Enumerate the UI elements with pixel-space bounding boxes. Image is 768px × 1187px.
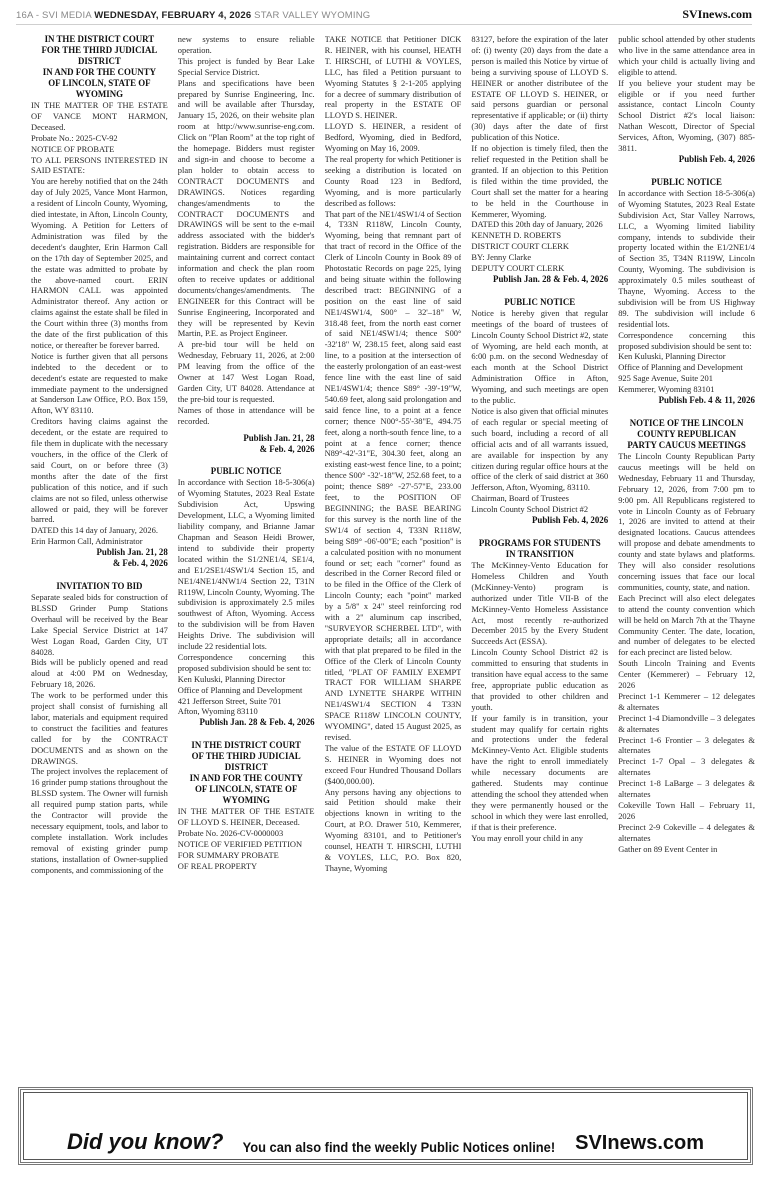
paragraph: BY: Jenny Clarke (471, 252, 608, 263)
paragraph: The work to be performed under this proj… (31, 690, 168, 766)
issue-date: WEDNESDAY, FEBRUARY 4, 2026 (94, 10, 251, 21)
notice-heading: IN THE DISTRICT COURTFOR THE THIRD JUDIC… (31, 34, 168, 100)
paragraph: If your family is in transition, your st… (471, 713, 608, 833)
paragraph: Ken Kuluski, Planning Director (178, 674, 315, 685)
paragraph: If no objection is timely filed, then th… (471, 143, 608, 219)
paragraph: OF REAL PROPERTY (178, 861, 315, 872)
paragraph: South Lincoln Training and Events Center… (618, 658, 755, 691)
notice-heading: PUBLIC NOTICE (618, 177, 755, 188)
paragraph: That part of the NE1/4SW1/4 of Section 4… (325, 209, 462, 743)
publish-dates: Publish Jan. 21, 28& Feb. 4, 2026 (178, 433, 315, 455)
paragraph: Any persons having any objections to sai… (325, 787, 462, 874)
paragraph: Precinct 1-1 Kemmerer – 12 delegates & a… (618, 691, 755, 713)
section-name: SVI MEDIA (42, 10, 91, 21)
paragraph: If you believe your student may be eligi… (618, 78, 755, 154)
paragraph: new systems to ensure reliable operation… (178, 34, 315, 56)
paragraph: The McKinney-Vento Education for Homeles… (471, 560, 608, 647)
paragraph: Lincoln County School District #2 is com… (471, 647, 608, 712)
paragraph: Probate No.: 2025-CV-92 (31, 133, 168, 144)
paragraph: The project involves the replacement of … (31, 766, 168, 875)
publish-dates: Publish Feb. 4, 2026 (618, 154, 755, 165)
notice-columns: IN THE DISTRICT COURTFOR THE THIRD JUDIC… (31, 34, 755, 988)
paragraph: The Lincoln County Republican Party cauc… (618, 451, 755, 593)
paragraph: Notice is also given that official minut… (471, 406, 608, 493)
column-4: 83127, before the expiration of the late… (471, 34, 608, 988)
paragraph: Correspondence concerning this proposed … (178, 652, 315, 674)
paragraph: Lincoln County School District #2 (471, 504, 608, 515)
paragraph: IN THE MATTER OF THE ESTATE OF LLOYD S. … (178, 806, 315, 828)
masthead-info: 16A - SVI MEDIA WEDNESDAY, FEBRUARY 4, 2… (16, 10, 370, 24)
region-name: STAR VALLEY WYOMING (254, 10, 370, 21)
paragraph: You are hereby notified that on the 24th… (31, 176, 168, 351)
paragraph: Cokeville Town Hall – February 11, 2026 (618, 800, 755, 822)
page-masthead: 16A - SVI MEDIA WEDNESDAY, FEBRUARY 4, 2… (16, 6, 752, 25)
paragraph: 83127, before the expiration of the late… (471, 34, 608, 143)
publish-dates: Publish Feb. 4, 2026 (471, 515, 608, 526)
paragraph: Plans and specifications have been prepa… (178, 78, 315, 340)
publish-dates: Publish Jan. 28 & Feb. 4, 2026 (178, 717, 315, 728)
paragraph: public school attended by other students… (618, 34, 755, 78)
paragraph: Creditors having claims against the dece… (31, 416, 168, 525)
banner-message: You can also find the weekly Public Noti… (243, 1139, 556, 1155)
paragraph: Afton, Wyoming 83110 (178, 706, 315, 717)
publish-dates: Publish Feb. 4 & 11, 2026 (618, 395, 755, 406)
paragraph: Notice is hereby given that regular meet… (471, 308, 608, 406)
paragraph: NOTICE OF PROBATE (31, 144, 168, 155)
paragraph: Chairman, Board of Trustees (471, 493, 608, 504)
paragraph: Ken Kuluski, Planning Director (618, 351, 755, 362)
paragraph: Separate sealed bids for construction of… (31, 592, 168, 657)
paragraph: Precinct 1-8 LaBarge – 3 delegates & alt… (618, 778, 755, 800)
paragraph: DEPUTY COURT CLERK (471, 263, 608, 274)
notice-heading: INVITATION TO BID (31, 581, 168, 592)
paragraph: Each Precinct will also elect delegates … (618, 593, 755, 658)
paragraph: Precinct 1-4 Diamondville – 3 delegates … (618, 713, 755, 735)
paragraph: In accordance with Section 18-5-306(a) o… (178, 477, 315, 652)
paragraph: Precinct 2-9 Cokeville – 4 delegates & a… (618, 822, 755, 844)
paragraph: IN THE MATTER OF THE ESTATE OF VANCE MON… (31, 100, 168, 133)
paragraph: KENNETH D. ROBERTS (471, 230, 608, 241)
paragraph: NOTICE OF VERIFIED PETITION FOR SUMMARY … (178, 839, 315, 861)
paragraph: The value of the ESTATE OF LLOYD S. HEIN… (325, 743, 462, 787)
paragraph: LLOYD S. HEINER, a resident of Bedford, … (325, 121, 462, 154)
paragraph: Gather on 89 Event Center in (618, 844, 755, 855)
column-1: IN THE DISTRICT COURTFOR THE THIRD JUDIC… (31, 34, 168, 988)
paragraph: DATED this 20th day of January, 2026 (471, 219, 608, 230)
notice-heading: IN THE DISTRICT COURTOF THE THIRD JUDICI… (178, 740, 315, 806)
notice-heading: PUBLIC NOTICE (178, 466, 315, 477)
banner-lead: Did you know? (67, 1129, 223, 1155)
paragraph: The real property for which Petitioner i… (325, 154, 462, 209)
paragraph: This project is funded by Bear Lake Spec… (178, 56, 315, 78)
paragraph: Precinct 1-6 Frontier – 3 delegates & al… (618, 735, 755, 757)
publish-dates: Publish Jan. 21, 28& Feb. 4, 2026 (31, 547, 168, 569)
banner-url-link[interactable]: SVInews.com (575, 1132, 704, 1155)
paragraph: A pre-bid tour will be held on Wednesday… (178, 339, 315, 404)
paragraph: Bids will be publicly opened and read al… (31, 657, 168, 690)
column-5: public school attended by other students… (618, 34, 755, 988)
notice-heading: PROGRAMS FOR STUDENTSIN TRANSITION (471, 538, 608, 560)
notice-heading: NOTICE OF THE LINCOLNCOUNTY REPUBLICANPA… (618, 418, 755, 451)
paragraph: You may enroll your child in any (471, 833, 608, 844)
paragraph: Notice is further given that all persons… (31, 351, 168, 416)
paragraph: Erin Harmon Call, Administrator (31, 536, 168, 547)
paragraph: In accordance with Section 18-5-306(a) o… (618, 188, 755, 330)
column-3: TAKE NOTICE that Petitioner DICK R. HEIN… (325, 34, 462, 988)
paragraph: 925 Sage Avenue, Suite 201 (618, 373, 755, 384)
paragraph: 421 Jefferson Street, Suite 701 (178, 696, 315, 707)
notice-heading: PUBLIC NOTICE (471, 297, 608, 308)
site-name[interactable]: SVInews.com (682, 7, 752, 24)
paragraph: Office of Planning and Development (178, 685, 315, 696)
paragraph: Office of Planning and Development (618, 362, 755, 373)
public-notices-banner: Did you know? You can also find the week… (23, 1092, 748, 1160)
paragraph: Names of those in attendance will be rec… (178, 405, 315, 427)
paragraph: DATED this 14 day of January, 2026. (31, 525, 168, 536)
page-number: 16A (16, 10, 33, 21)
paragraph: TO ALL PERSONS INTERESTED IN SAID ESTATE… (31, 155, 168, 177)
paragraph: DISTRICT COURT CLERK (471, 241, 608, 252)
paragraph: TAKE NOTICE that Petitioner DICK R. HEIN… (325, 34, 462, 121)
paragraph: Precinct 1-7 Opal – 3 delegates & altern… (618, 756, 755, 778)
column-2: new systems to ensure reliable operation… (178, 34, 315, 988)
paragraph: Probate No. 2026-CV-0000003 (178, 828, 315, 839)
paragraph: Correspondence concerning this proposed … (618, 330, 755, 352)
paragraph: Kemmerer, Wyoming 83101 (618, 384, 755, 395)
publish-dates: Publish Jan. 28 & Feb. 4, 2026 (471, 274, 608, 285)
